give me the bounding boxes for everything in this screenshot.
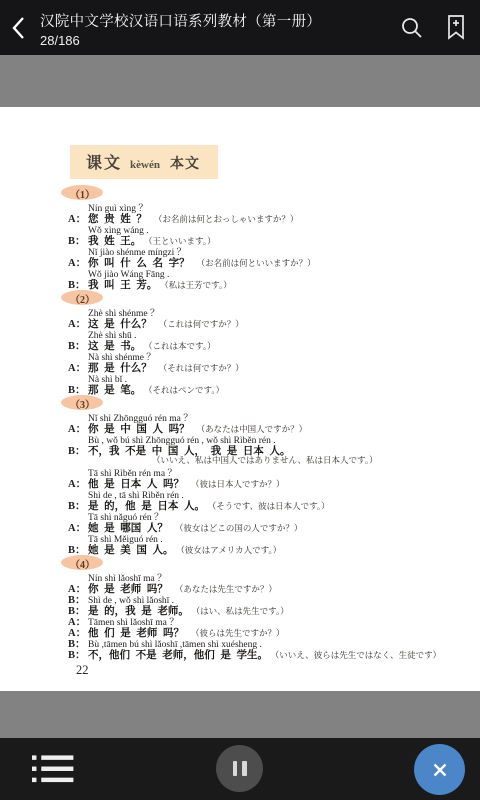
speaker-label: B： xyxy=(68,650,88,661)
dialogue-line: B：Shì de , wǒ shì lǎoshī . xyxy=(68,593,476,604)
bookmark-add-icon xyxy=(445,14,467,41)
dialogue-section: （2）Zhè shì shénme ？A：这 是 什么？（これは何ですか？）Zh… xyxy=(68,290,476,394)
close-icon xyxy=(428,758,452,782)
dialogue-line: B：是 的，我 是 老师。（はい、私は先生です。） xyxy=(68,604,476,615)
dialogue-section: （3）Nǐ shì Zhōngguó rén ma ？A：你 是 中 国 人 吗… xyxy=(68,395,476,554)
dialogue-line: B：Bù ,tāmen bú shì lǎoshī ,tāmen shì xué… xyxy=(68,637,476,648)
dialogue-line: Wǒ xìng wáng . xyxy=(68,223,476,234)
dialogue-line: A：他 是 日本 人 吗？（彼は日本人ですか？） xyxy=(68,477,476,488)
dialogue-line: Tā shì Rìběn rén ma ？ xyxy=(68,466,476,477)
reader-area: 课文kèwén本文 （1）Nín guì xìng ？A：您 贵 姓 ？（お名前… xyxy=(0,55,480,738)
list-icon xyxy=(32,754,74,784)
japanese-translation: （お名前は何とおっしゃいますか？） xyxy=(154,214,299,224)
dialogue-line: A：Tāmen shì lǎoshī ma ？ xyxy=(68,615,476,626)
back-button[interactable] xyxy=(0,4,40,52)
japanese-translation: （いいえ、彼らは先生ではなく、生徒です） xyxy=(275,650,441,660)
search-icon xyxy=(399,15,425,41)
section-marker: （2） xyxy=(70,291,95,306)
section-marker: （3） xyxy=(70,396,95,411)
dialogue-line: Tā shì nǎguó rén ？ xyxy=(68,510,476,521)
dialogue-line: Nín shì lǎoshī ma ？ xyxy=(68,571,476,582)
pause-icon xyxy=(233,761,247,776)
lesson-header-japanese: 本文 xyxy=(170,157,200,172)
dialogue-line: B：我 叫 王 芳。（私は王芳です。） xyxy=(68,278,476,289)
search-button[interactable] xyxy=(390,4,434,52)
dialogue-line: A：那 是 什么？（それは何ですか？） xyxy=(68,361,476,372)
japanese-translation: （はい、私は先生です。） xyxy=(196,606,289,616)
dialogue-line: A：您 贵 姓 ？（お名前は何とおっしゃいますか？） xyxy=(68,212,476,223)
section-marker: （1） xyxy=(70,186,95,201)
dialogue-line: Shì de , tā shì Rìběn rén . xyxy=(68,488,476,499)
japanese-translation: （そうです、彼は日本人です。） xyxy=(212,501,330,511)
dialogue-line: （いいえ、私は中国人ではありません、私は日本人です。） xyxy=(75,455,476,466)
dialogue-line: B：她 是 美 国 人。（彼女はアメリカ人です。） xyxy=(68,543,476,554)
section-marker-row: （4） xyxy=(68,555,476,571)
dialogue-line: A：他 们 是 老师 吗？（彼らは先生ですか？） xyxy=(68,626,476,637)
japanese-translation: （私は王芳です。） xyxy=(164,280,231,290)
section-marker-row: （3） xyxy=(68,395,476,411)
book-page-number: 22 xyxy=(76,663,476,678)
japanese-translation: （あなたは先生ですか？） xyxy=(175,584,277,594)
dialogue-line: A：你 是 中 国 人 吗？（あなたは中国人ですか？） xyxy=(68,422,476,433)
japanese-translation: （これは何ですか？） xyxy=(159,319,244,329)
dialogue-line: Tā shì Měiguó rén . xyxy=(68,532,476,543)
dialogue-line: Nǐ jiào shénme míngzi ？ xyxy=(68,245,476,256)
toc-button[interactable] xyxy=(30,752,76,786)
page-sections: （1）Nín guì xìng ？A：您 贵 姓 ？（お名前は何とおっしゃいます… xyxy=(68,185,476,659)
dialogue-line: B：不，我 不是 中 国 人， 我 是 日本 人。 xyxy=(68,444,476,455)
dialogue-line: B：是 的，他 是 日本 人。（そうです、彼は日本人です。） xyxy=(68,499,476,510)
dialogue-line: A：你 叫 什 么 名 字？（お名前は何といいますか？） xyxy=(68,256,476,267)
japanese-translation: （それは何ですか？） xyxy=(159,363,244,373)
page-indicator: 28/186 xyxy=(40,33,390,48)
book-title: 汉院中文学校汉语口语系列教材（第一册） xyxy=(40,10,390,31)
title-block: 汉院中文学校汉语口语系列教材（第一册） 28/186 xyxy=(40,8,390,48)
japanese-translation: （彼女はアメリカ人です。） xyxy=(181,545,282,555)
japanese-translation: （彼は日本人ですか？） xyxy=(191,479,285,489)
book-page[interactable]: 课文kèwén本文 （1）Nín guì xìng ？A：您 贵 姓 ？（お名前… xyxy=(0,107,480,691)
dialogue-line: Nín guì xìng ？ xyxy=(68,201,476,212)
dialogue-line: B：不，他们 不是 老师，他们 是 学生。（いいえ、彼らは先生ではなく、生徒です… xyxy=(68,648,476,659)
lesson-header-chinese: 课文 xyxy=(86,155,122,172)
japanese-translation: （それはペンです。） xyxy=(148,385,224,395)
japanese-translation: （お名前は何といいますか？） xyxy=(197,258,316,268)
playback-bar xyxy=(0,738,480,800)
dialogue-line: Nà shì shénme ？ xyxy=(68,350,476,361)
section-marker-row: （1） xyxy=(68,185,476,201)
bookmark-button[interactable] xyxy=(434,4,478,52)
dialogue-section: （4）Nín shì lǎoshī ma ？A：你 是 老师 吗？（あなたは先生… xyxy=(68,555,476,659)
dialogue-section: （1）Nín guì xìng ？A：您 贵 姓 ？（お名前は何とおっしゃいます… xyxy=(68,185,476,289)
dialogue-line: Zhè shì shénme ？ xyxy=(68,306,476,317)
dialogue-line: Nǐ shì Zhōngguó rén ma ？ xyxy=(68,411,476,422)
dialogue-line: B：这 是 书。（これは本です。） xyxy=(68,339,476,350)
section-marker: （4） xyxy=(70,556,95,571)
pause-button[interactable] xyxy=(216,745,263,792)
dialogue-line: A：她 是 哪国 人？（彼女はどこの国の人ですか？） xyxy=(68,521,476,532)
dialogue-line: Wǒ jiào Wáng Fāng . xyxy=(68,267,476,278)
lesson-header: 课文kèwén本文 xyxy=(70,145,218,179)
lesson-header-pinyin: kèwén xyxy=(130,159,160,171)
chinese-text: 不，他们 不是 老师，他们 是 学生。 xyxy=(88,650,268,661)
dialogue-line: A：这 是 什么？（これは何ですか？） xyxy=(68,317,476,328)
japanese-translation: （彼女はどこの国の人ですか？） xyxy=(175,523,303,533)
japanese-translation: （これは本です。） xyxy=(148,341,215,351)
dialogue-line: B：那 是 笔。（それはペンです。） xyxy=(68,383,476,394)
app-header: 汉院中文学校汉语口语系列教材（第一册） 28/186 xyxy=(0,0,480,55)
japanese-translation: （いいえ、私は中国人ではありません、私は日本人です。） xyxy=(152,455,378,465)
section-marker-row: （2） xyxy=(68,290,476,306)
dialogue-line: B：我 姓 王。（王といいます。） xyxy=(68,234,476,245)
back-icon xyxy=(10,15,30,41)
dialogue-line: A：你 是 老师 吗？（あなたは先生ですか？） xyxy=(68,582,476,593)
dialogue-line: Bù , wǒ bú shì Zhōngguó rén , wǒ shì Rìb… xyxy=(68,433,476,444)
close-button[interactable] xyxy=(414,744,465,795)
dialogue-line: Zhè shì shū . xyxy=(68,328,476,339)
